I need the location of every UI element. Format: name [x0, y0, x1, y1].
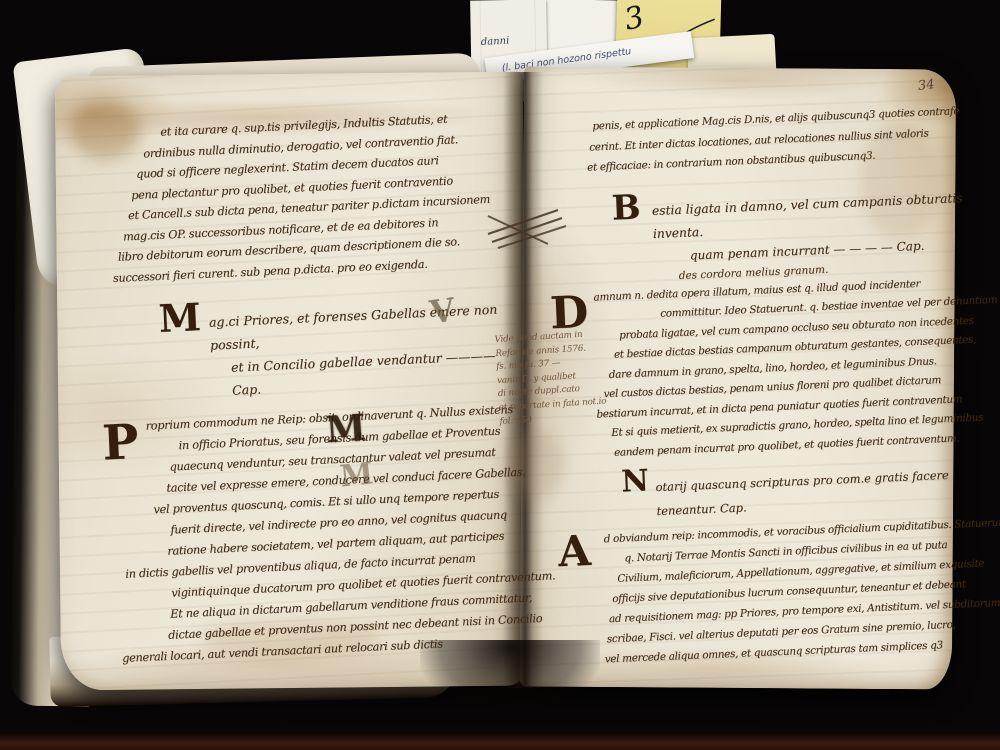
initial-letter-a: A: [557, 526, 592, 576]
initial-letter-b: B: [611, 196, 641, 220]
right-paragraph-a: A d obviandum reip: incommodis, et vorac…: [573, 513, 998, 670]
initial-letter-p: P: [101, 414, 140, 472]
initial-letter-m: M: [158, 305, 201, 330]
bleedthrough-m-mark: M: [325, 407, 368, 452]
folio-number: 34: [917, 77, 935, 94]
crossout-mark: [486, 202, 570, 252]
left-paragraph-p: P roprium commodum ne Reip: obsit. ordin…: [101, 399, 514, 669]
heading-b-line1: estia ligata in damno, vel cum campanis …: [652, 191, 963, 241]
bleedthrough-m-mark-2: M: [338, 456, 375, 494]
heading-n-line: otarij quascunq scripturas pro com.e gra…: [655, 468, 949, 518]
bleedthrough-v-mark: V: [427, 290, 457, 331]
slip-note-line1: danni: [481, 36, 510, 48]
margin-note: Vide pend auctam inRefor. de annis 1576.…: [494, 326, 634, 429]
left-page-text: et ita curare q. sup.tis privilegijs, In…: [88, 108, 514, 670]
tab-number: 3: [621, 0, 647, 38]
initial-letter-n: N: [621, 469, 649, 494]
left-paragraph-1: et ita curare q. sup.tis privilegijs, In…: [88, 108, 497, 290]
table-edge: [0, 734, 1000, 750]
manuscript-photo: danni olib 3 (l. baci non hozono rispett…: [0, 0, 1000, 750]
